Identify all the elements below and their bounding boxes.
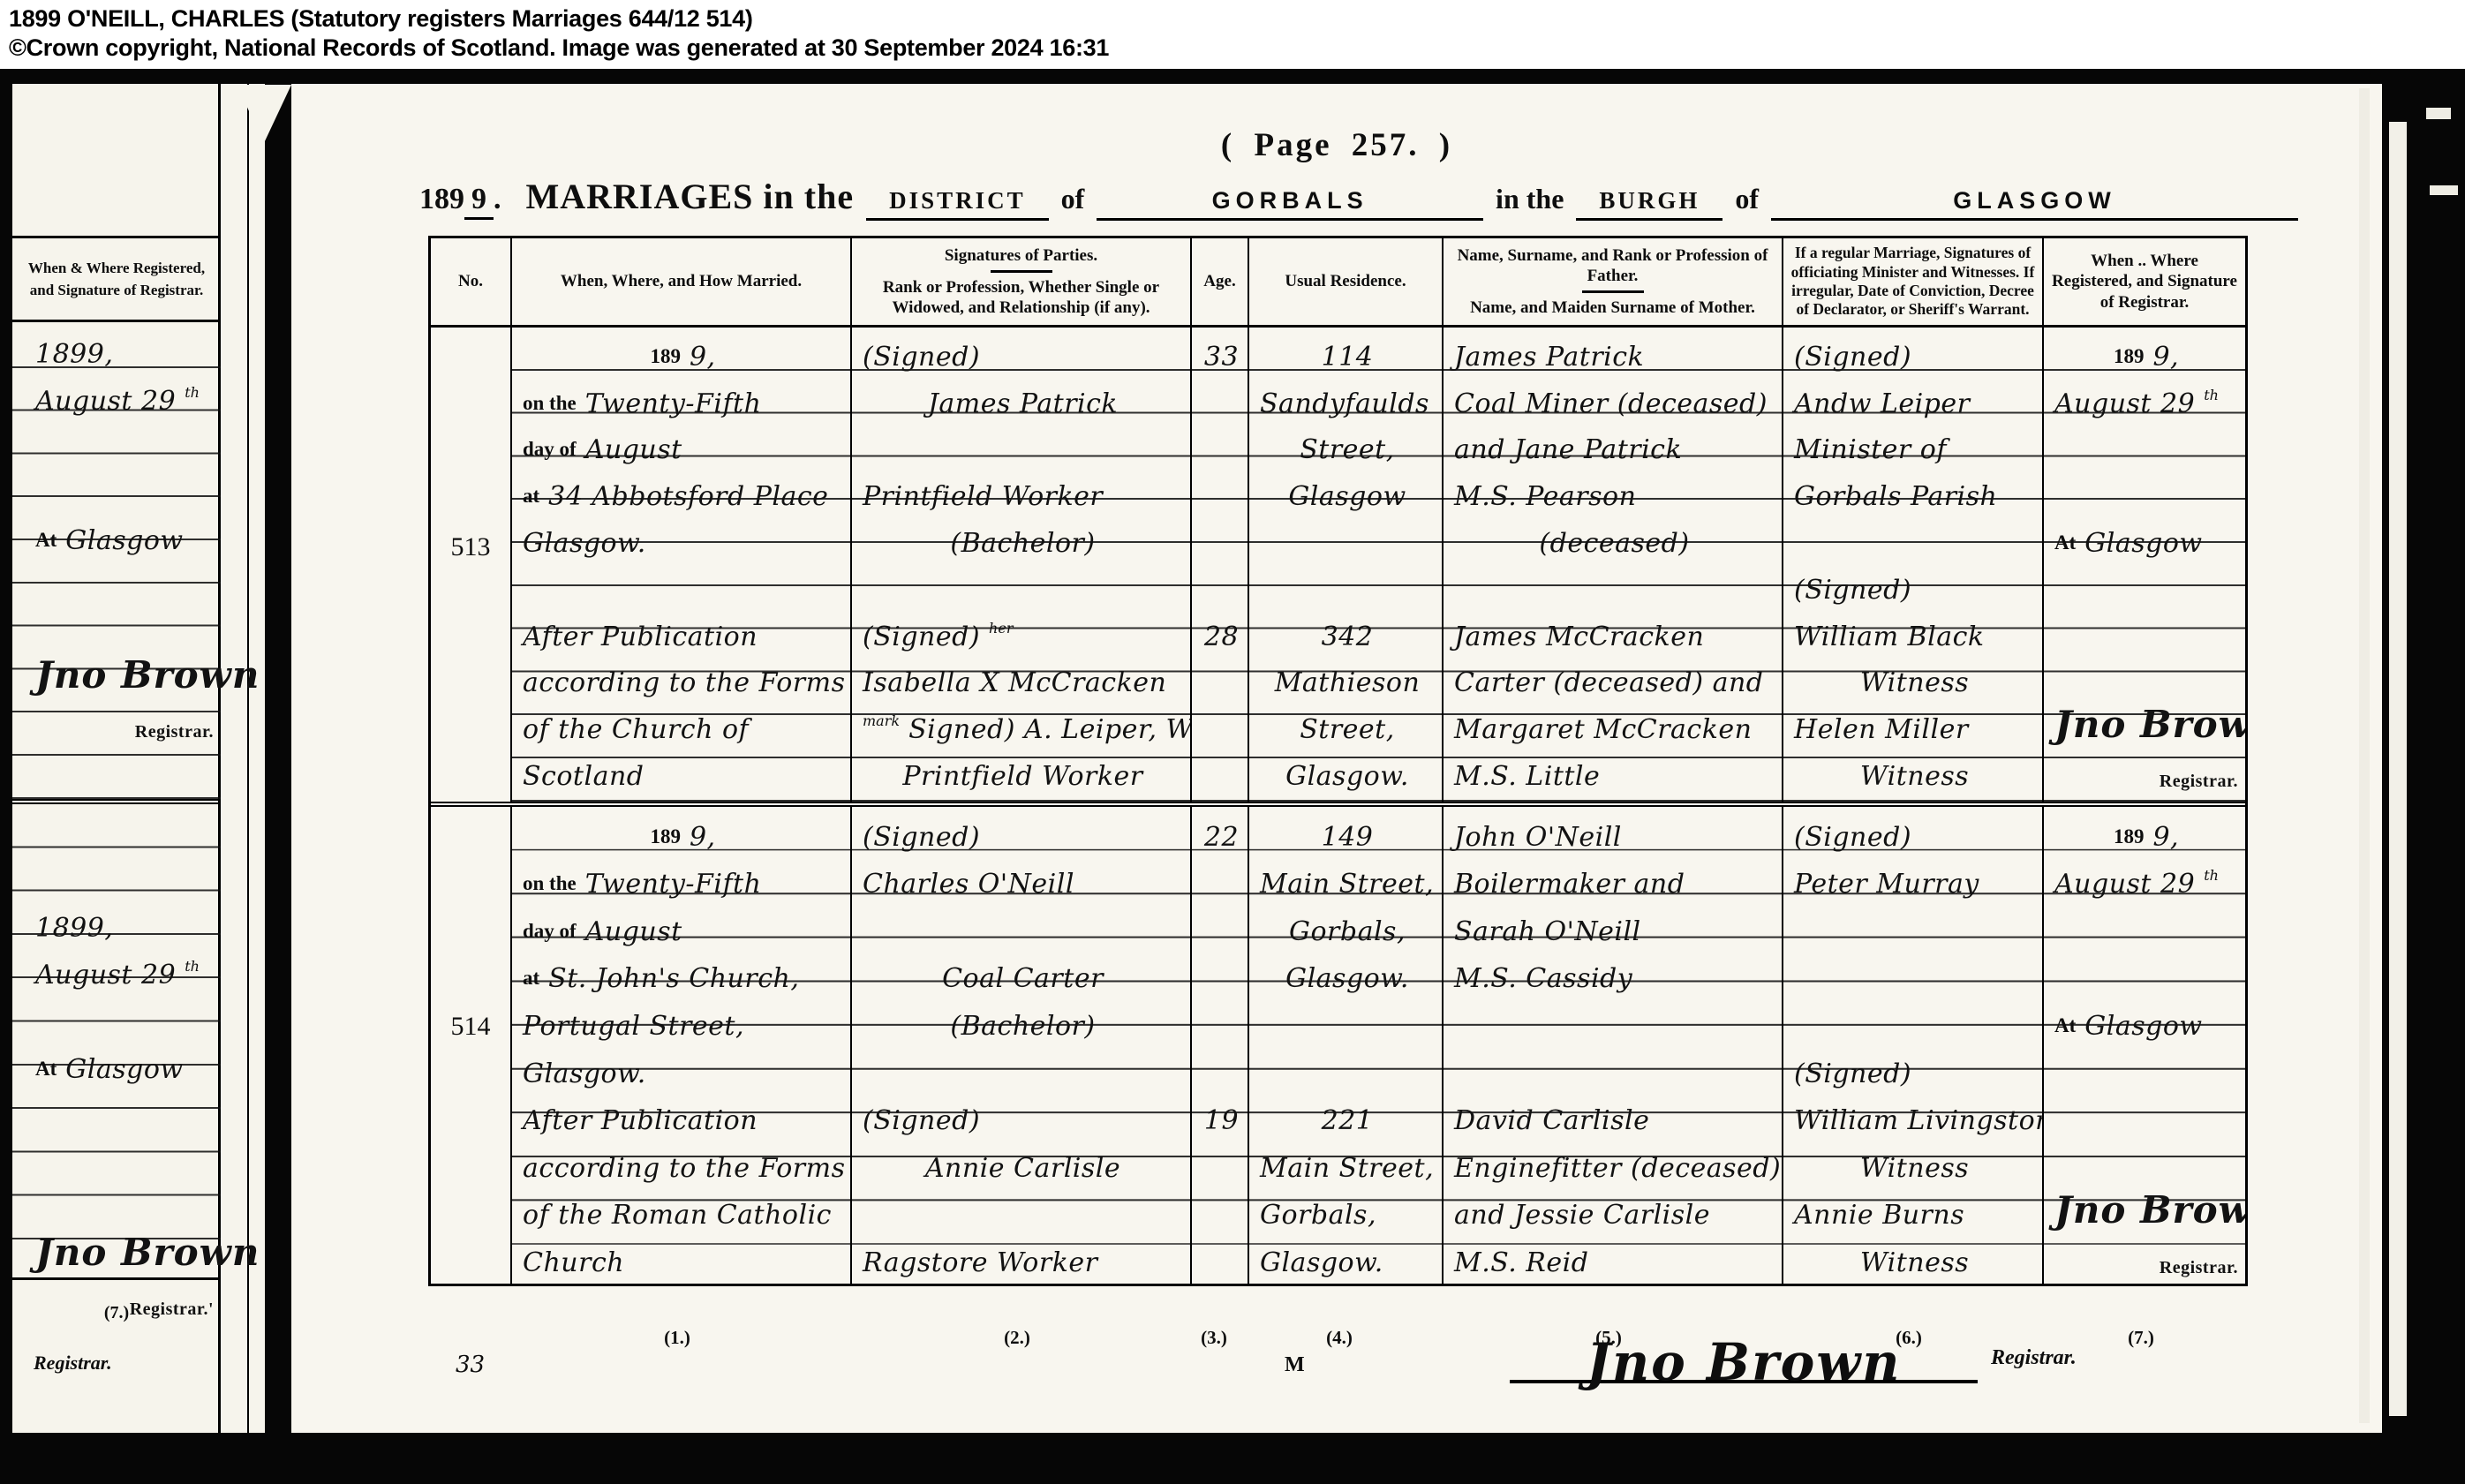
handwritten-text: Boilermaker and [1454,871,1685,898]
column-header-no: No. [431,238,510,325]
cell-line: August 29th [12,945,221,992]
cell-line: (Signed) [1783,561,2042,607]
m-footnote: M [1285,1353,1305,1377]
cell-line: Carter (deceased) and [1444,654,1782,701]
signatures-cell: (Signed)James PatrickPrintfield Worker(B… [850,328,1190,802]
printed-label: At [2054,532,2076,557]
cell-line [12,1134,221,1180]
handwritten-text: August 29 [35,962,176,989]
handwritten-text: 33 [1204,344,1239,371]
cell-line: 1899, [12,325,221,372]
handwritten-text: (Signed) [863,825,980,851]
cell-line: (Bachelor) [852,996,1190,1043]
handwritten-text: Witness [1860,1250,1969,1277]
title-district-value: GORBALS [1097,187,1483,221]
column-header-age: Age. [1190,238,1248,325]
handwritten-text: William Livingstone [1794,1108,2042,1134]
handwritten-text: John O'Neill [1454,825,1622,851]
cell-line [2044,901,2245,949]
cell-line [1192,561,1248,607]
cell-line: Andw Leiper [1783,374,2042,421]
cell-line [12,1087,221,1134]
cell-line: Glasgow. [512,1043,850,1091]
residence-cell: 149Main Street,Gorbals,Glasgow.221Main S… [1248,807,1442,1284]
handwritten-text: Enginefitter (deceased) [1454,1156,1781,1182]
cell-line: on theTwenty-Fifth [512,855,850,902]
cell-line [852,421,1190,468]
handwritten-text: Andw Leiper [1794,391,1970,418]
column-footnote-3: (3.) [1179,1327,1249,1349]
cell-line: according to the Forms [512,654,850,701]
handwritten-text: St. John's Church, [548,966,799,992]
cell-line: on theTwenty-Fifth [512,374,850,421]
cell-line: Gorbals, [1249,901,1442,949]
handwritten-text: (Signed) [1794,1061,1911,1088]
cell-line: AtGlasgow [12,1039,221,1086]
handwritten-text: James McCracken [1454,624,1704,651]
title-in-the: in the [1496,183,1564,215]
registrar-signature: Jno Brown [1587,1332,1902,1392]
cell-line: Jno Brown [12,1228,221,1275]
cell-line: 342 [1249,607,1442,654]
cell-line: at34 Abbotsford Place [512,467,850,514]
handwritten-text: (Bachelor) [950,1013,1095,1040]
table-header-row: No. When, Where, and How Married. Signat… [431,238,2245,328]
cell-line [2044,561,2245,607]
printed-label: at [523,968,539,992]
handwritten-text: 114 [1322,344,1374,371]
printed-label: on the [523,873,577,898]
cell-line: day ofAugust [512,901,850,949]
left-page-entry: 1899,August 29thAtGlasgowJno BrownRegist… [12,799,221,1277]
cell-line [12,851,221,898]
printed-label: day of [523,439,577,463]
screenshot-root: { "viewer_header": { "line1": "1899 O'NE… [0,0,2465,1484]
handwritten-text: Jno Brown [35,657,260,694]
handwritten-text: and Jane Patrick [1454,437,1682,463]
cell-line: M.S. Little [1444,747,1782,794]
handwritten-text: 9, [690,344,716,371]
registered-cell: 1899,August 29thAtGlasgowJno BrownRegist… [2042,807,2245,1284]
cell-line [12,558,221,605]
cell-line: Annie Carlisle [852,1138,1190,1186]
cell-line: 33 [1192,328,1248,374]
handwritten-text: Glasgow. [1260,1250,1383,1277]
cell-line: James McCracken [1444,607,1782,654]
cell-line: Boilermaker and [1444,855,1782,902]
age-cell: 3328 [1190,328,1248,802]
cell-line: (Signed) [852,1091,1190,1139]
cell-line: Street, [1249,700,1442,747]
handwritten-text: Mathieson [1275,670,1421,697]
cell-line: (Bachelor) [852,514,1190,561]
handwritten-text: (Signed) [863,344,980,371]
left-page-column-number: (7.) [12,1303,221,1323]
cell-line [852,901,1190,949]
cell-line: Main Street, [1249,855,1442,902]
cell-line: David Carlisle [1444,1091,1782,1139]
when-where-cell: 1899,on theTwenty-Fifthday ofAugustatSt.… [510,807,850,1284]
cell-line: 22 [1192,807,1248,855]
cell-line: (Spinster) [852,1280,1190,1284]
handwritten-text: (Bachelor) [950,531,1095,557]
cell-line: AtGlasgow [2044,996,2245,1043]
cell-line: (Signed)her [852,607,1190,654]
handwritten-text: Main Street, [1260,1156,1434,1182]
cell-line: of the Church of [512,700,850,747]
cell-line: atSt. John's Church, [512,949,850,997]
scan-area: When & Where Registered, and Signature o… [0,69,2465,1484]
cell-line: (Spinster) [852,794,1190,802]
cell-line: Jno Brown [2044,700,2245,747]
page-edge-sliver [2359,88,2370,1423]
handwritten-text: Glasgow. [523,1061,646,1088]
registrar-signature-line: Jno Brown [1510,1295,1978,1383]
cell-line [1444,996,1782,1043]
printed-label: day of [523,921,577,945]
small-annotation: th [2204,387,2219,403]
cell-line: Glasgow. [1249,747,1442,794]
cell-line: (deceased) [1444,794,1782,802]
handwritten-text: James Patrick [928,391,1118,418]
cell-line [852,1043,1190,1091]
cell-line: John O'Neill [1444,807,1782,855]
cell-line [1444,1043,1782,1091]
left-page-entry: 1899,August 29thAtGlasgowJno BrownRegist… [12,325,221,799]
handwritten-text: (Signed) [1794,825,1911,851]
handwritten-text: Printfield Worker [863,484,1103,510]
cell-line [1249,996,1442,1043]
cell-line: Glasgow [1249,467,1442,514]
registered-cell: 1899,August 29thAtGlasgowJno BrownRegist… [2042,328,2245,802]
cell-line [2044,607,2245,654]
handwritten-text: (Signed) [863,1108,980,1134]
handwritten-text: Registrar. [135,723,214,741]
handwritten-text: Gorbals, [1260,1202,1376,1229]
cell-line [1783,996,2042,1043]
printed-label: 189 [2114,826,2145,851]
cell-line [2044,1043,2245,1091]
cell-line: 221 [1249,1091,1442,1139]
sheet-number: 33 [456,1352,485,1378]
cell-line [1783,514,2042,561]
cell-line [852,561,1190,607]
handwritten-text: Registrar. [2160,772,2238,790]
handwritten-text: M.S. Cassidy [1454,966,1632,992]
cell-line: Sarah O'Neill [1444,901,1782,949]
handwritten-text: August [585,437,682,463]
cell-line [1192,374,1248,421]
cell-line [1192,467,1248,514]
cell-line: August 29th [12,372,221,418]
handwritten-text: (Signed) [1794,344,1911,371]
handwritten-text: Glasgow [65,528,183,554]
cell-line: 1899, [512,328,850,374]
cell-line: M.S. Reid [1444,1232,1782,1280]
cell-line: Margaret McCracken [1444,700,1782,747]
left-page-fragment: When & Where Registered, and Signature o… [12,84,265,1433]
handwritten-text: Portugal Street, [523,1013,744,1040]
cell-line [1783,901,2042,949]
cell-line [12,804,221,851]
cell-line: (Signed) [1783,1043,2042,1091]
handwritten-text: Gorbals Parish [1794,484,1997,510]
handwritten-text: William Black [1794,624,1985,651]
column-footnote-4: (4.) [1304,1327,1375,1349]
handwritten-text: Street, [1300,717,1395,743]
cell-line: Main Street, [1249,1138,1442,1186]
handwritten-text: Minister of [1794,437,1947,463]
handwritten-text: Sarah O'Neill [1454,919,1641,945]
printed-label: at [523,486,539,510]
handwritten-text: Peter Murray [1794,871,1979,898]
cell-line: Witness [1783,1138,2042,1186]
handwritten-text: Signed) A. Leiper, Witness [908,717,1190,743]
cell-line [512,794,850,802]
printed-label: on the [523,393,577,418]
handwritten-text: Coal Miner (deceased) [1454,391,1768,418]
cell-line: 19 [1192,1091,1248,1139]
cell-line: (Signed) [1783,807,2042,855]
handwritten-text: 19 [1204,1108,1239,1134]
cell-line: AtGlasgow [12,511,221,558]
cell-line: Helen Miller [1783,700,2042,747]
cell-line: Registrar. [2044,1232,2245,1280]
handwritten-text: Glasgow. [1285,764,1409,790]
cell-line [2044,467,2245,514]
cell-line: Witness [1783,1232,2042,1280]
cell-line [1192,1043,1248,1091]
cell-line: markSigned) A. Leiper, Witness [852,700,1190,747]
cell-line [512,561,850,607]
minister-witnesses-cell: (Signed)Andw LeiperMinister ofGorbals Pa… [1782,328,2042,802]
handwritten-text: according to the Forms [523,670,846,697]
parents-cell: John O'NeillBoilermaker andSarah O'Neill… [1442,807,1782,1284]
handwritten-text: Main Street, [1260,871,1434,898]
cell-line: Glasgow. [512,514,850,561]
cell-line: 1899, [2044,807,2245,855]
printed-label: 189 [650,346,681,371]
cell-line [12,992,221,1039]
title-year: 1899. [419,183,501,220]
cell-line: of the Roman Catholic [512,1186,850,1233]
cell-line [2044,654,2245,701]
small-annotation: her [989,620,1013,637]
handwritten-text: Carter (deceased) and [1454,670,1763,697]
handwritten-text: Glasgow [65,1057,183,1083]
handwritten-text: Church [523,1250,624,1277]
handwritten-text: Registrar. [2160,1259,2238,1277]
column-header-when: When, Where, and How Married. [510,238,850,325]
cell-line: Peter Murray [1783,855,2042,902]
cell-line [1783,949,2042,997]
column-footnote-1: (1.) [642,1327,712,1349]
cell-line: M.S. Cassidy [1444,949,1782,997]
handwritten-text: After Publication [523,1108,758,1134]
handwritten-text: of the Roman Catholic [523,1202,832,1229]
cell-line: Jno Brown [2044,1186,2245,1233]
handwritten-text: Coal Carter [942,966,1104,992]
handwritten-text: After Publication [523,624,758,651]
small-annotation: th [185,384,200,401]
handwritten-text: 1899, [35,342,113,368]
handwritten-text: M.S. Pearson [1454,484,1636,510]
printed-label: 189 [650,826,681,851]
handwritten-text: August 29 [2054,391,2195,418]
handwritten-text: 9, [2152,344,2179,371]
entry-number: 513 [431,532,510,562]
page-edge-sliver [2430,185,2458,195]
record-title: 1899 O'NEILL, CHARLES (Statutory registe… [9,4,2465,34]
cell-line: Annie Burns [1783,1186,2042,1233]
column-footnote-2: (2.) [982,1327,1052,1349]
cell-line: 114 [1249,328,1442,374]
page-number: ( Page 257. ) [291,126,2382,164]
cell-line: Coal Miner (deceased) [1444,374,1782,421]
cell-line: (Signed) [1783,328,2042,374]
cell-line: Registrar. [2044,747,2245,794]
cell-line: William Black [1783,607,2042,654]
cell-line: Witness [1783,654,2042,701]
cell-line: Glasgow. [1249,1232,1442,1280]
handwritten-text: according to the Forms [523,1156,846,1182]
parents-cell: James PatrickCoal Miner (deceased)and Ja… [1442,328,1782,802]
title-of: of [1735,183,1759,215]
handwritten-text: (Signed) [1794,577,1911,604]
cell-line: 1899, [512,807,850,855]
cell-line [1192,514,1248,561]
signatures-cell: (Signed)Charles O'NeillCoal Carter(Bache… [850,807,1190,1284]
handwritten-text: Street, [1300,437,1395,463]
cell-line: and Jessie Carlisle [1444,1186,1782,1233]
cell-line [1249,514,1442,561]
title-year-digit: 9 [464,183,494,220]
column-header-residence: Usual Residence. [1248,238,1442,325]
copyright-line: ©Crown copyright, National Records of Sc… [9,34,2465,63]
handwritten-text: Sandyfaulds [1260,391,1429,418]
cell-line: Isabella X McCracken [852,654,1190,701]
left-page-column-header: When & Where Registered, and Signature o… [12,236,221,322]
cell-line [1192,949,1248,997]
cell-line: Printfield Worker [852,747,1190,794]
handwritten-text: Glasgow [2084,531,2202,557]
entry-number-cell: 514 [431,807,510,1284]
handwritten-text: Charles O'Neill [863,871,1074,898]
cell-line: day ofAugust [512,421,850,468]
table-row-513: 513 1899,on theTwenty-Fifthday ofAugusta… [431,328,2245,802]
handwritten-text: August 29 [2054,871,2195,898]
cell-line [1249,561,1442,607]
handwritten-text: 221 [1322,1108,1374,1134]
cell-line: (Signed) [852,807,1190,855]
cell-line: Gorbals Parish [1783,467,2042,514]
minister-witnesses-cell: (Signed)Peter Murray(Signed)William Livi… [1782,807,2042,1284]
column-header-minister: If a regular Marriage, Signatures of off… [1782,238,2042,325]
cell-line: Registrar. [12,697,221,744]
title-burgh-value: GLASGOW [1771,187,2298,221]
handwritten-text: Witness [1860,764,1969,790]
cell-line: Enginefitter (deceased) [1444,1138,1782,1186]
handwritten-text: Gorbals, [1289,919,1406,945]
cell-line: M.S. Pearson [1444,467,1782,514]
handwritten-text: James Patrick [1454,344,1644,371]
cell-line: James Patrick [1444,328,1782,374]
register-table: No. When, Where, and How Married. Signat… [428,236,2248,1286]
cell-line: and Jane Patrick [1444,421,1782,468]
handwritten-text: Margaret McCracken [1454,717,1752,743]
cell-line: August 29th [2044,374,2245,421]
cell-line [12,1180,221,1227]
handwritten-text: Glasgow. [523,531,646,557]
handwritten-text: 22 [1204,825,1239,851]
entry-number-cell: 513 [431,328,510,802]
cell-line: Ragstore Worker [852,1232,1190,1280]
handwritten-text: Annie Carlisle [925,1156,1120,1182]
small-annotation: mark [863,712,900,729]
cell-line: Church [512,1232,850,1280]
handwritten-text: Glasgow. [1285,966,1409,992]
cell-line: William Livingstone [1783,1091,2042,1139]
cell-line [1192,855,1248,902]
printed-label: At [35,530,57,554]
cell-line: Scotland [512,747,850,794]
page-title: 1899. MARRIAGES in the DISTRICT of GORBA… [419,176,2298,221]
handwritten-text: Printfield Worker [902,764,1142,790]
page-edge-sliver [2389,122,2407,1416]
cell-line: Printfield Worker [852,467,1190,514]
page-edge-sliver [2426,108,2451,119]
printed-label: At [35,1058,57,1083]
printed-label: At [2054,1015,2076,1040]
handwritten-text: Glasgow [2084,1013,2202,1040]
entry-number: 514 [431,1012,510,1042]
column-header-registered: When .. Where Registered, and Signature … [2042,238,2245,325]
handwritten-text: 34 Abbotsford Place [548,484,828,510]
left-page-header-text: When & Where Registered, [28,260,205,277]
handwritten-text: 1899, [35,915,113,942]
handwritten-text: (deceased) [1539,531,1689,557]
handwritten-text: M.S. Reid [1454,1250,1588,1277]
cell-line [2044,1138,2245,1186]
cell-line [852,1186,1190,1233]
cell-line: Gorbals, [1249,1186,1442,1233]
handwritten-text: August 29 [35,388,176,415]
handwritten-text: 149 [1322,825,1374,851]
cell-line: according to the Forms [512,1138,850,1186]
registrar-label: Registrar. [1991,1346,2077,1370]
cell-line: Portugal Street, [512,996,850,1043]
handwritten-text: 9, [690,825,716,851]
cell-line: 28 [1192,607,1248,654]
age-cell: 2219 [1190,807,1248,1284]
cell-line [512,1280,850,1284]
title-marriages: MARRIAGES in the [526,176,855,217]
handwritten-text: Glasgow [1288,484,1406,510]
cell-line [1192,996,1248,1043]
viewer-header: 1899 O'NEILL, CHARLES (Statutory registe… [0,0,2465,69]
handwritten-text: 9, [2152,825,2179,851]
cell-line: After Publication [512,607,850,654]
cell-line: Sandyfaulds [1249,374,1442,421]
handwritten-text: M.S. Little [1454,764,1600,790]
table-row-514: 514 1899,on theTwenty-Fifthday ofAugusta… [431,802,2245,1284]
cell-line: Street, [1249,421,1442,468]
cell-line: After Publication [512,1091,850,1139]
left-page-registrar-label: Registrar. [34,1352,221,1375]
cell-line: 1899, [2044,328,2245,374]
header-rule [991,270,1052,273]
cell-line: Jno Brown [12,652,221,698]
